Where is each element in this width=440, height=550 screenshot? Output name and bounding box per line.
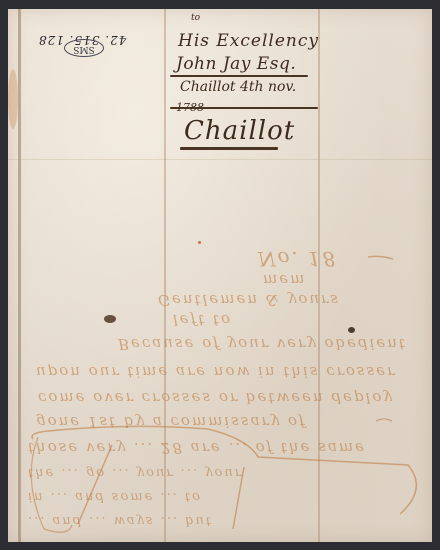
bleed-flourish-strokes: [8, 9, 432, 542]
manuscript-page: 42. 315. 128 SMS to His Excellency John …: [8, 9, 432, 542]
